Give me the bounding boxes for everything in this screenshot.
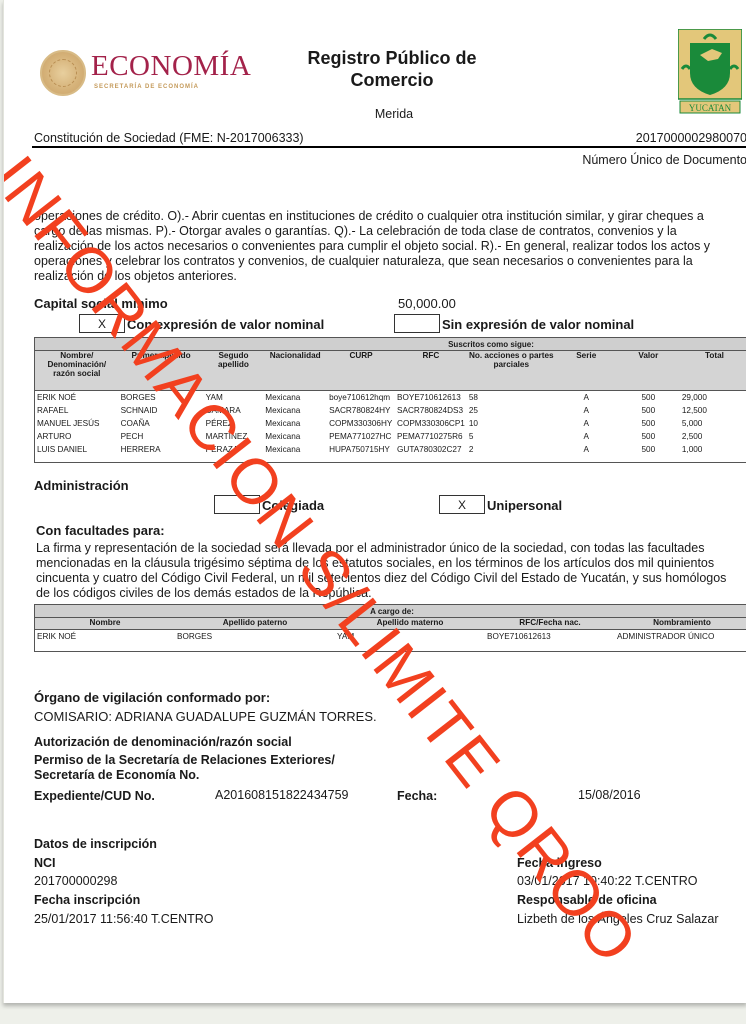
nci-value: 201700000298 [34, 874, 117, 888]
header-divider [32, 146, 746, 148]
table-cell: YAM [335, 630, 485, 643]
table-cell: BOYE710612613 [485, 630, 615, 643]
table-cell: PERAZA [204, 443, 264, 456]
sin-expresion-label: Sin expresión de valor nominal [442, 317, 634, 332]
table-cell: COPM330306CP1 [395, 417, 467, 430]
table-row: ERIK NOÉBORGESYAMBOYE710612613ADMINISTRA… [35, 630, 746, 643]
expediente-label: Expediente/CUD No. [34, 789, 155, 803]
table-cell: YAM [204, 391, 264, 404]
permiso-line-1: Permiso de la Secretaría de Relaciones E… [34, 753, 335, 767]
table-cell: GUTA780302C27 [395, 443, 467, 456]
administracion-label: Administración [34, 478, 129, 493]
responsable-value: Lizbeth de los Ángeles Cruz Salazar [517, 912, 719, 926]
table-row: LUIS DANIELHERRERAPERAZAMexicanaHUPA7507… [35, 443, 746, 456]
responsable-label: Responsable de oficina [517, 893, 657, 907]
column-header: Nacionalidad [263, 351, 327, 391]
table-cell: 5,000 [680, 417, 746, 430]
document-number-label: Número Único de Documento [582, 153, 746, 167]
column-header: Serie [556, 351, 617, 391]
table-cell: MARTÍNEZ [204, 430, 264, 443]
capital-label: Capital social mínimo [34, 296, 168, 311]
unipersonal-label: Unipersonal [487, 498, 562, 513]
table-row: ARTUROPECHMARTÍNEZMexicanaPEMA771027HCPE… [35, 430, 746, 443]
table-cell: ERIK NOÉ [35, 630, 175, 643]
column-header: Apellido materno [335, 618, 485, 630]
suscritos-table: Suscritos como sigue: Nombre/ Denominaci… [34, 337, 746, 463]
inscripcion-label: Datos de inscripción [34, 837, 157, 851]
table-cell: Mexicana [263, 443, 327, 456]
table-cell: Mexicana [263, 417, 327, 430]
table-cell: PÉREZ [204, 417, 264, 430]
facultades-label: Con facultades para: [36, 523, 165, 538]
table-cell: CÁMARA [204, 404, 264, 417]
document-page: ECONOMÍA SECRETARÍA DE ECONOMÍA Registro… [3, 0, 746, 1003]
constitution-reference: Constitución de Sociedad (FME: N-2017006… [34, 131, 304, 145]
fecha-inscripcion-value: 25/01/2017 11:56:40 T.CENTRO [34, 912, 214, 926]
facultades-text: La firma y representación de la sociedad… [36, 541, 741, 601]
column-header: Valor [617, 351, 680, 391]
column-header: Apellido paterno [175, 618, 335, 630]
table-cell: PEMA771027HC [327, 430, 395, 443]
column-header: CURP [327, 351, 395, 391]
table-cell: MANUEL JESÚS [35, 417, 119, 430]
column-header: Nombre [35, 618, 175, 630]
table-cell: 500 [617, 430, 680, 443]
table-cell: boye710612hqm [327, 391, 395, 404]
table-cell: 58 [467, 391, 556, 404]
fecha-label: Fecha: [397, 789, 437, 803]
table-cell: COAÑA [119, 417, 204, 430]
table-cell: 25 [467, 404, 556, 417]
column-header: Nombramiento [615, 618, 746, 630]
document-title: Registro Público de Comercio [284, 47, 500, 91]
con-expresion-label: Con expresión de valor nominal [127, 317, 324, 332]
table-cell: BORGES [175, 630, 335, 643]
table-cell: PECH [119, 430, 204, 443]
a-cargo-table: A cargo de: NombreApellido paternoApelli… [34, 604, 746, 652]
unipersonal-checkbox[interactable]: X [439, 495, 485, 514]
sin-expresion-checkbox[interactable] [394, 314, 440, 333]
table-cell: HUPA750715HY [327, 443, 395, 456]
table-cell: 29,000 [680, 391, 746, 404]
fecha-value: 15/08/2016 [578, 788, 641, 802]
table-row: ERIK NOÉBORGESYAMMexicanaboye710612hqmBO… [35, 391, 746, 404]
table-cell: 12,500 [680, 404, 746, 417]
column-header: Primer apellido [119, 351, 204, 391]
table-cell: Mexicana [263, 391, 327, 404]
table-cell: A [556, 417, 617, 430]
column-header: Nombre/ Denominación/ razón social [35, 351, 119, 391]
column-header: RFC [395, 351, 467, 391]
table-cell: SACR780824DS3 [395, 404, 467, 417]
ministry-name: ECONOMÍA [91, 50, 251, 83]
state-name: YUCATAN [689, 103, 732, 113]
table-cell: 500 [617, 443, 680, 456]
column-header: RFC/Fecha nac. [485, 618, 615, 630]
table-cell: BOYE710612613 [395, 391, 467, 404]
table-cell: SACR780824HY [327, 404, 395, 417]
mexico-coat-of-arms-icon [40, 50, 86, 96]
table-cell: 500 [617, 404, 680, 417]
title-line-1: Registro Público de [284, 47, 500, 69]
table-cell: 1,000 [680, 443, 746, 456]
a-cargo-caption: A cargo de: [35, 605, 746, 618]
table-cell: SCHNAID [119, 404, 204, 417]
table-cell: ERIK NOÉ [35, 391, 119, 404]
colegiada-label: Colegiada [262, 498, 324, 513]
table-cell: Mexicana [263, 404, 327, 417]
fecha-inscripcion-label: Fecha inscripción [34, 893, 140, 907]
table-cell: RAFAEL [35, 404, 119, 417]
table-cell: 2,500 [680, 430, 746, 443]
permiso-line-2: Secretaría de Economía No. [34, 768, 199, 782]
table-row: RAFAELSCHNAIDCÁMARAMexicanaSACR780824HYS… [35, 404, 746, 417]
column-header: Total [680, 351, 746, 391]
nci-label: NCI [34, 856, 56, 870]
table-cell: A [556, 404, 617, 417]
table-cell: 500 [617, 417, 680, 430]
fecha-ingreso-value: 03/01/2017 10:40:22 T.CENTRO [517, 874, 697, 888]
yucatan-shield-icon: YUCATAN [678, 29, 742, 115]
ministry-subtitle: SECRETARÍA DE ECONOMÍA [94, 84, 199, 90]
table-cell: ARTURO [35, 430, 119, 443]
city: Merida [344, 107, 444, 121]
column-header: No. acciones o partes parciales [467, 351, 556, 391]
table-cell: 10 [467, 417, 556, 430]
table-cell: A [556, 391, 617, 404]
suscritos-caption: Suscritos como sigue: [35, 338, 746, 351]
vigilancia-value: COMISARIO: ADRIANA GUADALUPE GUZMÁN TORR… [34, 709, 377, 724]
vigilancia-label: Órgano de vigilación conformado por: [34, 690, 270, 705]
colegiada-checkbox[interactable] [214, 495, 260, 514]
table-cell: A [556, 430, 617, 443]
table-cell: A [556, 443, 617, 456]
table-cell: 2 [467, 443, 556, 456]
table-cell: HERRERA [119, 443, 204, 456]
table-cell: COPM330306HY [327, 417, 395, 430]
table-cell: LUIS DANIEL [35, 443, 119, 456]
objeto-social-text: operaciones de crédito. O).- Abrir cuent… [34, 209, 734, 284]
title-line-2: Comercio [284, 69, 500, 91]
table-cell: PEMA7710275R6 [395, 430, 467, 443]
capital-amount: 50,000.00 [398, 296, 456, 311]
autorizacion-label: Autorización de denominación/razón socia… [34, 735, 292, 749]
table-cell: 500 [617, 391, 680, 404]
table-cell: 5 [467, 430, 556, 443]
table-cell: Mexicana [263, 430, 327, 443]
fecha-ingreso-label: Fecha ingreso [517, 856, 602, 870]
document-number: 2017000002980070 [636, 131, 746, 145]
table-cell: ADMINISTRADOR ÚNICO [615, 630, 746, 643]
table-row: MANUEL JESÚSCOAÑAPÉREZMexicanaCOPM330306… [35, 417, 746, 430]
con-expresion-checkbox[interactable]: X [79, 314, 125, 333]
column-header: Segudo apellido [204, 351, 264, 391]
expediente-value: A201608151822434759 [215, 788, 348, 802]
table-cell: BORGES [119, 391, 204, 404]
